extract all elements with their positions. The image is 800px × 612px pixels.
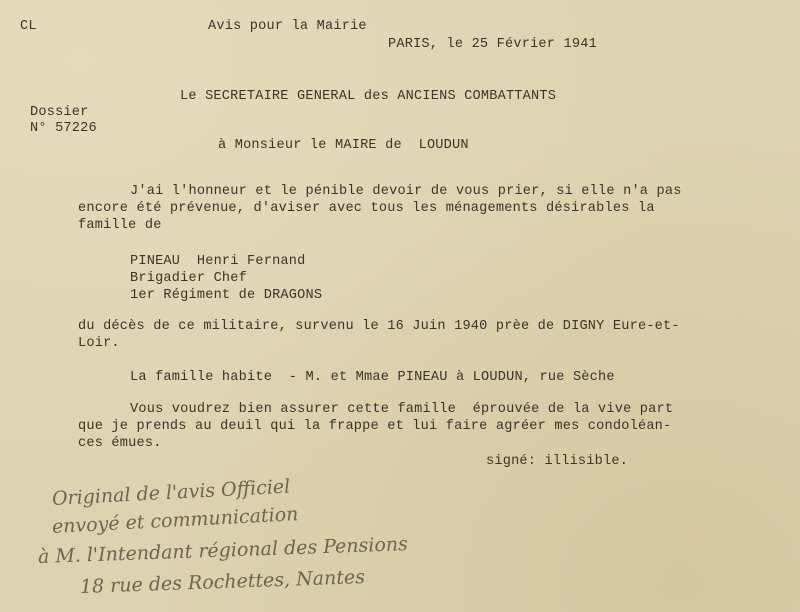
soldier-rank: Brigadier Chef	[130, 270, 247, 288]
paragraph-3-line-1: Vous voudrez bien assurer cette famille …	[130, 401, 673, 419]
handwritten-line-4: 18 rue des Rochettes, Nantes	[80, 566, 366, 598]
recipient: à Monsieur le MAIRE de LOUDUN	[218, 137, 469, 155]
handwritten-line-2: envoyé et communication	[51, 503, 298, 538]
paragraph-2-line-1: du décès de ce militaire, survenu le 16 …	[78, 318, 680, 336]
paragraph-3-line-3: ces émues.	[78, 435, 162, 453]
family-address: La famille habite - M. et Mmae PINEAU à …	[130, 369, 615, 387]
place-date: PARIS, le 25 Février 1941	[388, 36, 597, 54]
notice-title: Avis pour la Mairie	[208, 18, 367, 36]
paragraph-3-line-2: que je prends au deuil qui la frappe et …	[78, 418, 671, 436]
soldier-name: PINEAU Henri Fernand	[130, 253, 306, 271]
paragraph-1-line-1: J'ai l'honneur et le pénible devoir de v…	[130, 183, 682, 201]
document-page: CL Avis pour la Mairie PARIS, le 25 Févr…	[0, 0, 800, 612]
paragraph-1-line-2: encore été prévenue, d'aviser avec tous …	[78, 200, 655, 218]
initials: CL	[20, 18, 37, 36]
paragraph-2-line-2: Loir.	[78, 335, 120, 353]
dossier-number: N° 57226	[30, 120, 97, 138]
signature: signé: illisible.	[486, 453, 628, 471]
soldier-unit: 1er Régiment de DRAGONS	[130, 287, 322, 305]
paragraph-1-line-3: famille de	[78, 217, 162, 235]
sender: Le SECRETAIRE GENERAL des ANCIENS COMBAT…	[180, 88, 556, 106]
handwritten-line-3: à M. l'Intendant régional des Pensions	[38, 533, 409, 568]
